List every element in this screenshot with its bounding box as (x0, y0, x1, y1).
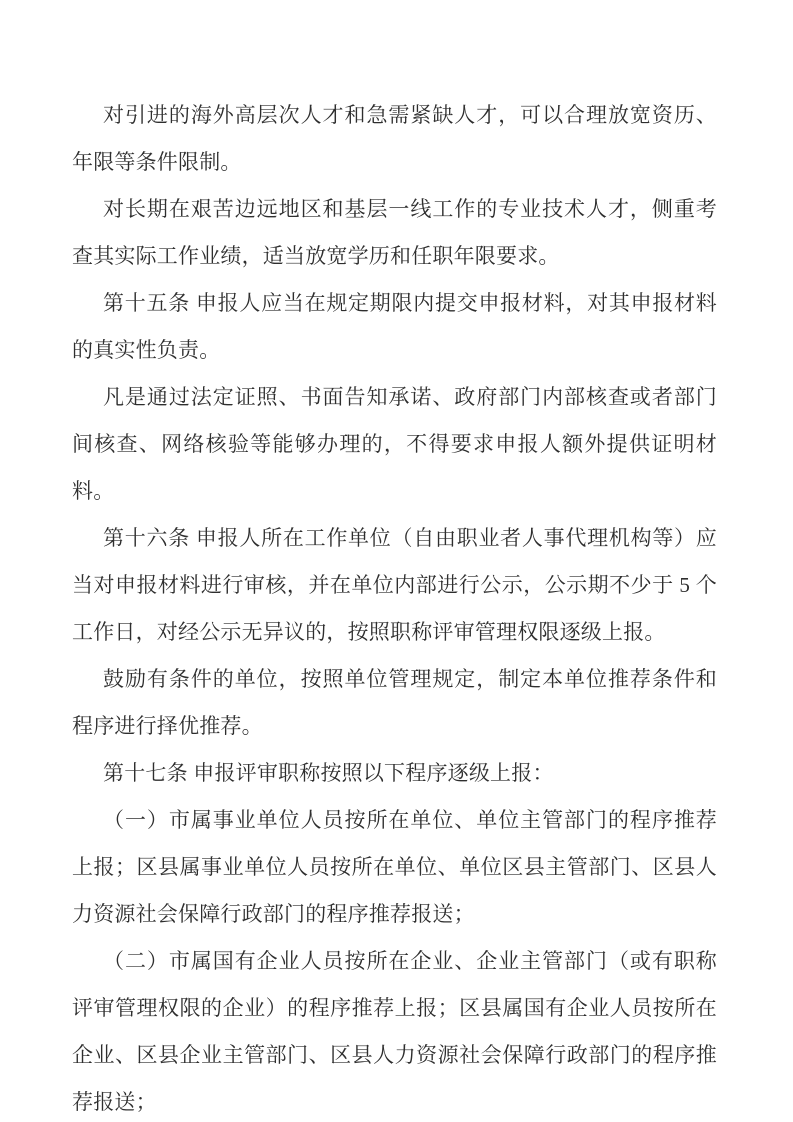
paragraph-unit-recommendation: 鼓励有条件的单位，按照单位管理规定，制定本单位推荐条件和程序进行择优推荐。 (72, 656, 717, 750)
paragraph-no-extra-certificates: 凡是通过法定证照、书面告知承诺、政府部门内部核查或者部门间核查、网络核验等能够办… (72, 374, 717, 515)
document-page: 对引进的海外高层次人才和急需紧缺人才，可以合理放宽资历、年限等条件限制。 对长期… (0, 0, 793, 1122)
paragraph-relaxed-requirements-overseas-talent: 对引进的海外高层次人才和急需紧缺人才，可以合理放宽资历、年限等条件限制。 (72, 92, 717, 186)
paragraph-remote-area-talent: 对长期在艰苦边远地区和基层一线工作的专业技术人才，侧重考查其实际工作业绩，适当放… (72, 186, 717, 280)
document-text-block: 对引进的海外高层次人才和急需紧缺人才，可以合理放宽资历、年限等条件限制。 对长期… (72, 92, 717, 1122)
paragraph-article-17: 第十七条 申报评审职称按照以下程序逐级上报： (72, 750, 717, 797)
paragraph-article-15: 第十五条 申报人应当在规定期限内提交申报材料，对其申报材料的真实性负责。 (72, 280, 717, 374)
paragraph-item-1-public-institutions: （一）市属事业单位人员按所在单位、单位主管部门的程序推荐上报；区县属事业单位人员… (72, 797, 717, 938)
paragraph-item-2-state-owned-enterprises: （二）市属国有企业人员按所在企业、企业主管部门（或有职称评审管理权限的企业）的程… (72, 938, 717, 1122)
paragraph-article-16: 第十六条 申报人所在工作单位（自由职业者人事代理机构等）应当对申报材料进行审核，… (72, 515, 717, 656)
